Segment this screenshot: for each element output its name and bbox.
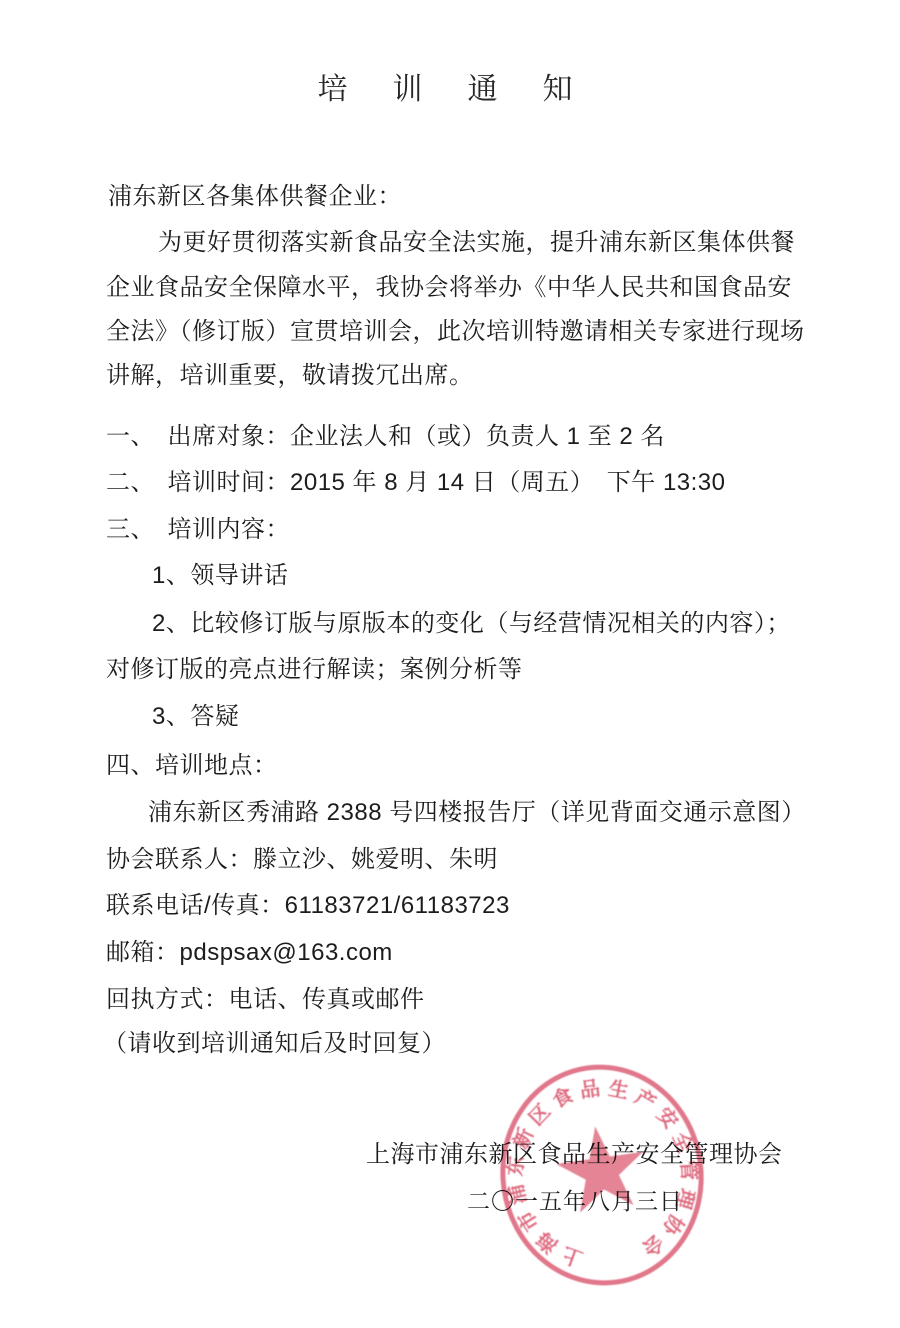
page-title: 培 训 通 知 — [0, 64, 900, 108]
intro-line-3: 全法》（修订版）宣贯培训会，此次培训特邀请相关专家进行现场 — [106, 318, 805, 346]
seal-char: 安 — [651, 1103, 682, 1134]
content-item-2-continuation: 对修订版的亮点进行解读；案例分析等 — [106, 656, 523, 684]
reply-method-line: 回执方式：电话、传真或邮件 — [106, 986, 425, 1014]
official-red-seal: 上海市浦东新区食品生产安全管理协会 — [474, 1039, 730, 1312]
salutation-line: 浦东新区各集体供餐企业： — [108, 183, 402, 211]
item-training-location-heading: 四、培训地点： — [106, 752, 278, 780]
phone-fax-line: 联系电话/传真：61183721/61183723 — [106, 892, 510, 920]
seal-char: 生 — [606, 1078, 632, 1104]
reply-note-line: （请收到培训通知后及时回复） — [103, 1030, 446, 1058]
intro-line-2: 企业食品安全保障水平，我协会将举办《中华人民共和国食品安 — [106, 274, 792, 302]
item-training-time: 二、 培训时间：2015 年 8 月 14 日（周五） 下午 13:30 — [106, 469, 726, 497]
scanned-training-notice: 培 训 通 知 浦东新区各集体供餐企业： 为更好贯彻落实新食品安全法实施，提升浦… — [0, 0, 900, 1328]
seal-circular-text: 上海市浦东新区食品生产安全管理协会 — [474, 1039, 730, 1312]
signature-organization: 上海市浦东新区食品生产安全管理协会 — [366, 1141, 783, 1169]
seal-char: 区 — [525, 1100, 556, 1131]
item-training-content-heading: 三、 培训内容： — [106, 516, 290, 544]
seal-char: 食 — [548, 1084, 578, 1114]
contact-persons-line: 协会联系人：滕立沙、姚爱明、朱明 — [106, 846, 498, 874]
content-item-2: 2、比较修订版与原版本的变化（与经营情况相关的内容）； — [152, 610, 791, 638]
intro-line-1: 为更好贯彻落实新食品安全法实施，提升浦东新区集体供餐 — [158, 229, 795, 257]
venue-line: 浦东新区秀浦路 2388 号四楼报告厅（详见背面交通示意图） — [148, 799, 806, 827]
seal-char: 产 — [630, 1085, 660, 1115]
seal-char: 上 — [558, 1242, 586, 1270]
seal-char: 品 — [578, 1077, 603, 1102]
intro-line-4: 讲解，培训重要，敬请拨冗出席。 — [106, 362, 474, 390]
seal-char: 会 — [637, 1229, 668, 1260]
seal-ring-and-star-icon — [474, 1039, 730, 1312]
seal-char: 海 — [532, 1226, 563, 1257]
email-line: 邮箱：pdspsax@163.com — [106, 939, 393, 967]
content-item-1: 1、领导讲话 — [152, 562, 288, 590]
signature-date: 二〇一五年八月三日 — [467, 1187, 683, 1215]
content-item-3: 3、答疑 — [152, 703, 239, 731]
item-attendees: 一、 出席对象：企业法人和（或）负责人 1 至 2 名 — [106, 423, 665, 451]
